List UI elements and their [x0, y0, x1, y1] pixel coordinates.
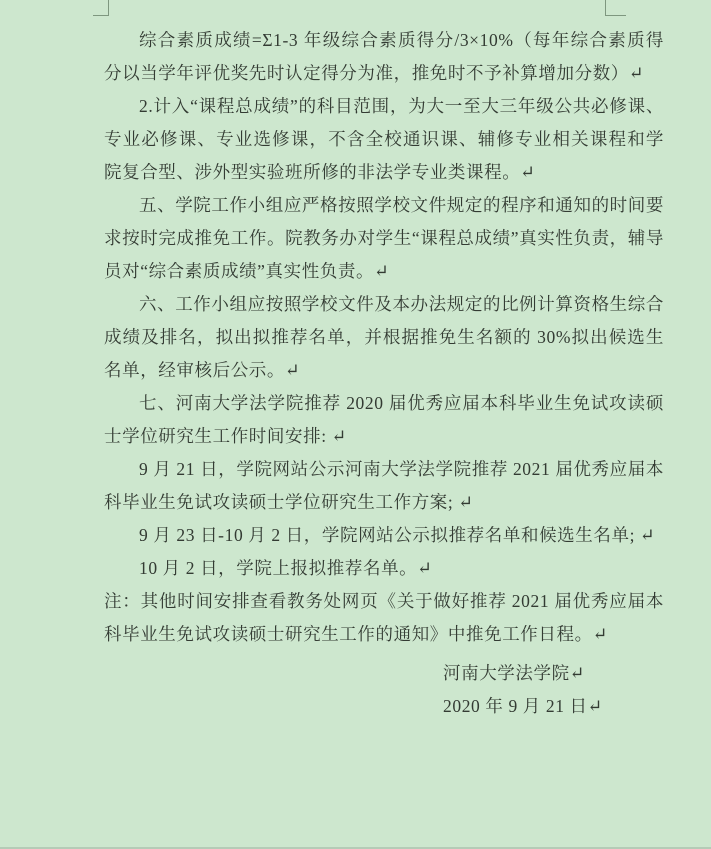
- paragraph-item-six: 六、工作小组应按照学校文件及本办法规定的比例计算资格生综合成绩及排名，拟出拟推荐…: [104, 288, 664, 387]
- paragraph-schedule-oct2: 10 月 2 日，学院上报拟推荐名单。↵: [104, 552, 664, 585]
- paragraph-course-score-scope: 2.计入“课程总成绩”的科目范围，为大一至大三年级公共必修课、专业必修课、专业选…: [104, 90, 664, 189]
- document-page: 综合素质成绩=Σ1-3 年级综合素质得分/3×10%（每年综合素质得分以当学年评…: [0, 0, 711, 849]
- signature-date: 2020 年 9 月 21 日↵: [443, 690, 664, 723]
- text-boundary-corner-mark-right: [605, 0, 626, 16]
- paragraph-comprehensive-quality-formula: 综合素质成绩=Σ1-3 年级综合素质得分/3×10%（每年综合素质得分以当学年评…: [104, 24, 664, 90]
- paragraph-schedule-sep21: 9 月 21 日，学院网站公示河南大学法学院推荐 2021 届优秀应届本科毕业生…: [104, 453, 664, 519]
- signature-organization: 河南大学法学院↵: [443, 657, 664, 690]
- text-boundary-corner-mark-left: [93, 0, 109, 16]
- paragraph-note: 注：其他时间安排查看教务处网页《关于做好推荐 2021 届优秀应届本科毕业生免试…: [104, 585, 664, 651]
- paragraph-item-five: 五、学院工作小组应严格按照学校文件规定的程序和通知的时间要求按时完成推免工作。院…: [104, 189, 664, 288]
- paragraph-item-seven: 七、河南大学法学院推荐 2020 届优秀应届本科毕业生免试攻读硕士学位研究生工作…: [104, 387, 664, 453]
- paragraph-schedule-sep23-oct2: 9 月 23 日-10 月 2 日，学院网站公示拟推荐名单和候选生名单; ↵: [104, 519, 664, 552]
- document-body: 综合素质成绩=Σ1-3 年级综合素质得分/3×10%（每年综合素质得分以当学年评…: [104, 24, 664, 723]
